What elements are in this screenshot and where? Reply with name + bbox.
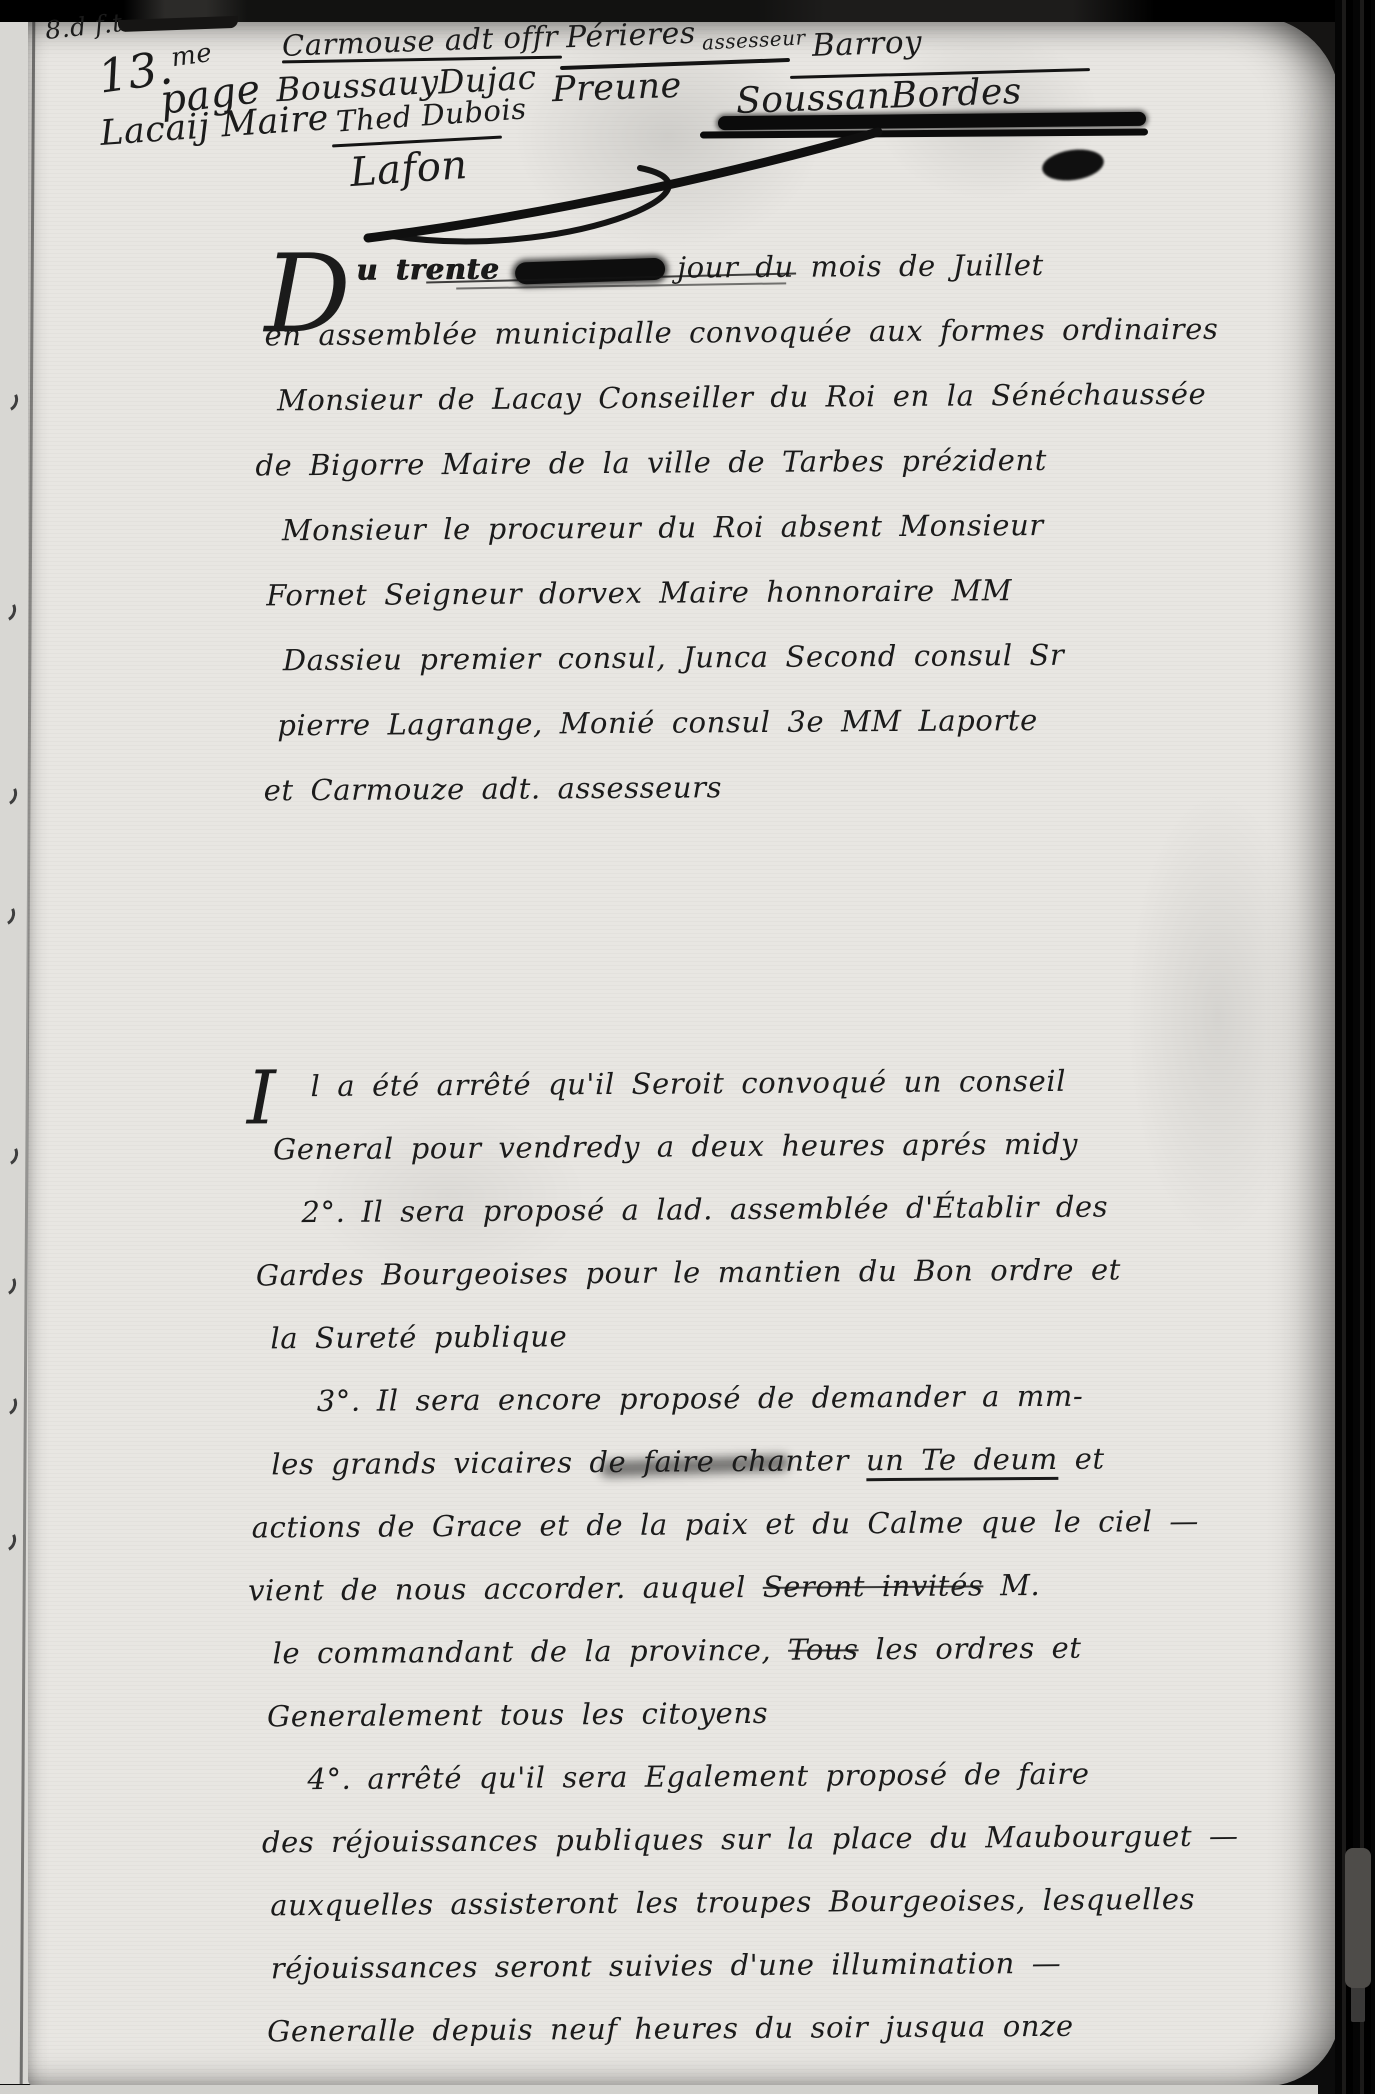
text-segment: l a été arrêté qu'il Seroit convoqué un … <box>310 1064 1066 1103</box>
item-number: 2°. <box>301 1195 345 1229</box>
text-line: en assemblée municipalle convoquée aux f… <box>246 311 1256 383</box>
text-line: et Carmouze adt. assesseurs <box>250 766 1260 838</box>
text-line: actions de Grace et de la paix et du Cal… <box>248 1503 1258 1573</box>
text-line: General pour vendredy a deux heures apré… <box>245 1125 1255 1195</box>
item-number: 3°. <box>317 1384 361 1418</box>
text-line: réjouissances seront suivies d'une illum… <box>251 1944 1261 2014</box>
text-segment: les ordres et <box>858 1631 1081 1667</box>
text-line: auxquelles assisteront les troupes Bourg… <box>250 1881 1260 1951</box>
decorative-initial: I <box>246 1061 276 1135</box>
text-segment: Il sera proposé a lad. assemblée d'Établ… <box>361 1190 1108 1229</box>
text-line: pierre Lagrange, Monié consul 3e MM Lapo… <box>249 701 1259 773</box>
text-segment: le commandant de la province, <box>272 1633 788 1671</box>
item-number: 4°. <box>307 1762 351 1796</box>
text-segment: les grands vicaires de faire chanter <box>271 1443 866 1481</box>
text-segment: Il sera encore proposé de demander a mm- <box>377 1379 1084 1418</box>
text-segment: jour du mois de Juillet <box>677 248 1044 285</box>
text-line: le commandant de la province, Tous les o… <box>248 1629 1258 1699</box>
text-line: Fornet Seigneur dorvex Maire honnoraire … <box>248 571 1258 643</box>
text-segment: M. <box>983 1568 1040 1602</box>
text-line: 4°.arrêté qu'il sera Egalement proposé d… <box>249 1755 1259 1825</box>
struck-words: Seront invités <box>763 1568 984 1604</box>
text-line: Generalement tous les citoyens <box>249 1692 1259 1762</box>
text-line: Monsieur de Lacay Conseiller du Roi en l… <box>247 376 1257 448</box>
text-line: des réjouissances publiques sur la place… <box>250 1818 1260 1888</box>
text-line: 2°.Il sera proposé a lad. assemblée d'Ét… <box>245 1188 1255 1258</box>
manuscript-photo: 8.d f.t 13.me page Carmouse adt offr Pér… <box>0 0 1375 2094</box>
text-line: vient de nous accorder. auquel Seront in… <box>248 1566 1258 1636</box>
struck-words: Tous <box>788 1632 859 1666</box>
text-segment: arrêté qu'il sera Egalement proposé de f… <box>367 1757 1089 1796</box>
underlined-te-deum: un Te deum <box>866 1442 1058 1481</box>
record-opening-paragraph: D u trentejour du mois de Juillet en ass… <box>246 246 1260 838</box>
text-line: Monsieur le procureur du Roi absent Mons… <box>248 506 1258 578</box>
text-line: I l a été arrêté qu'il Seroit convoqué u… <box>244 1062 1254 1132</box>
record-resolutions-paragraph: I l a été arrêté qu'il Seroit convoqué u… <box>244 1062 1261 2077</box>
text-line: 3°.Il sera encore proposé de demander a … <box>247 1377 1257 1447</box>
text-line: D u trentejour du mois de Juillet <box>246 246 1256 318</box>
text-line: Generalle depuis neuf heures du soir jus… <box>251 2007 1261 2077</box>
strike-line <box>456 282 786 289</box>
text-segment: et <box>1058 1442 1105 1476</box>
text-line: la Sureté publique <box>246 1314 1256 1384</box>
text-line: les grands vicaires de faire chanter un … <box>247 1440 1257 1510</box>
text-segment: vient de nous accorder. auquel <box>248 1570 763 1608</box>
text-line: Gardes Bourgeoises pour le mantien du Bo… <box>246 1251 1256 1321</box>
text-line: de Bigorre Maire de la ville de Tarbes p… <box>247 441 1257 513</box>
text-line: Dassieu premier consul, Junca Second con… <box>249 636 1259 708</box>
